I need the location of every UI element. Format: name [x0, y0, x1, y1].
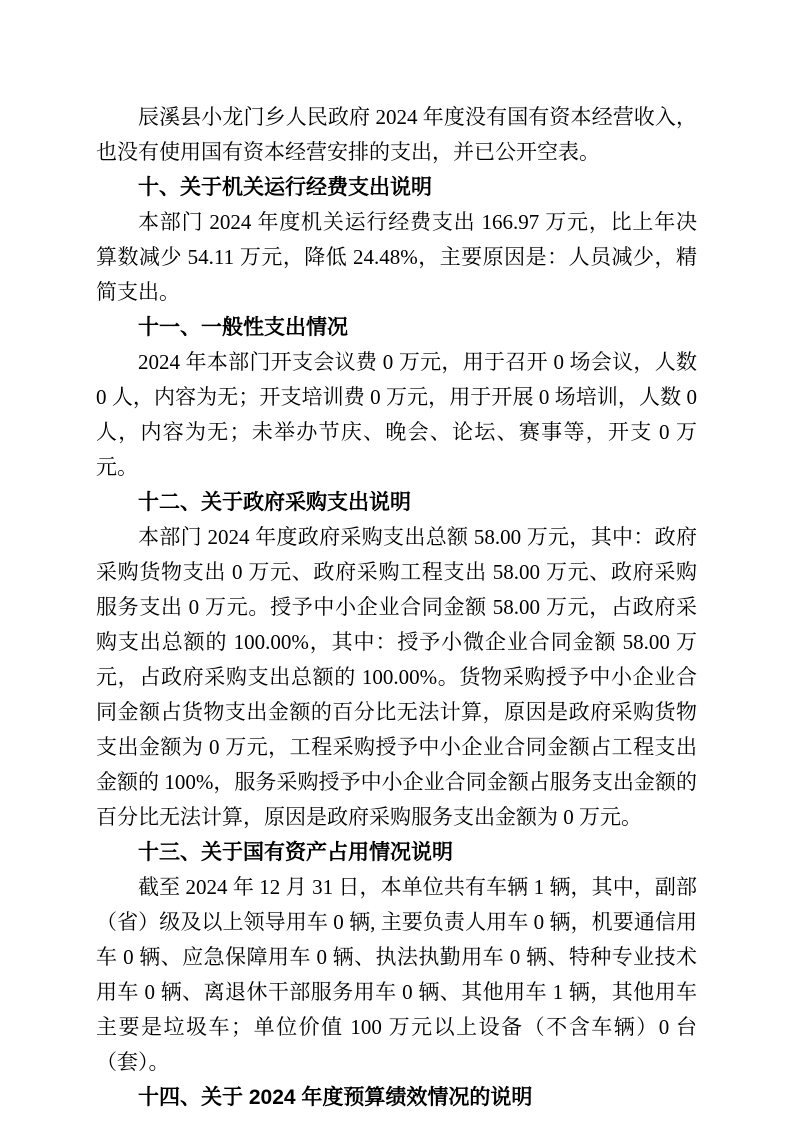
procurement-paragraph: 本部门 2024 年度政府采购支出总额 58.00 万元，其中：政府采购货物支出… [96, 520, 697, 835]
section-heading-11-general-expenditure: 十一、一般性支出情况 [96, 310, 697, 345]
state-capital-operation-paragraph: 辰溪县小龙门乡人民政府 2024 年度没有国有资本经营收入，也没有使用国有资本经… [96, 100, 697, 170]
document-content: 辰溪县小龙门乡人民政府 2024 年度没有国有资本经营收入，也没有使用国有资本经… [96, 100, 697, 1115]
general-expenditure-paragraph: 2024 年本部门开支会议费 0 万元，用于召开 0 场会议，人数 0 人，内容… [96, 345, 697, 485]
operating-expenses-paragraph: 本部门 2024 年度机关运行经费支出 166.97 万元，比上年决算数减少 5… [96, 205, 697, 310]
document-page: 辰溪县小龙门乡人民政府 2024 年度没有国有资本经营收入，也没有使用国有资本经… [0, 0, 793, 1122]
section-heading-13-state-assets: 十三、关于国有资产占用情况说明 [96, 835, 697, 870]
state-assets-paragraph: 截至 2024 年 12 月 31 日，本单位共有车辆 1 辆，其中，副部（省）… [96, 870, 697, 1080]
section-heading-10-operating-expenses: 十、关于机关运行经费支出说明 [96, 170, 697, 205]
section-heading-14-budget-performance: 十四、关于 2024 年度预算绩效情况的说明 [96, 1080, 697, 1115]
section-heading-12-procurement: 十二、关于政府采购支出说明 [96, 485, 697, 520]
